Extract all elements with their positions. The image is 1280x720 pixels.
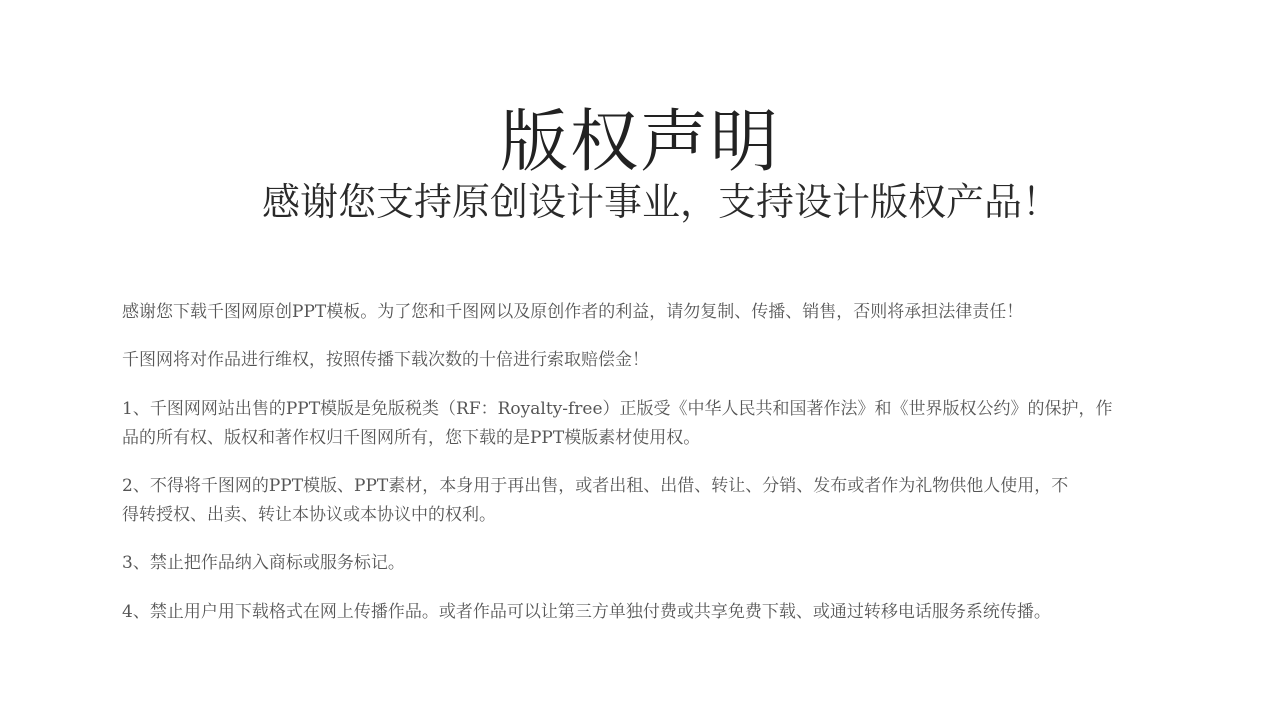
paragraph-clause-4: 4、禁止用户用下载格式在网上传播作品。或者作品可以让第三方单独付费或共享免费下载… [122,598,1152,627]
paragraph-clause-2: 2、不得将千图网的PPT模版、PPT素材，本身用于再出售，或者出租、出借、转让、… [122,472,1152,530]
paragraph-compensation: 千图网将对作品进行维权，按照传播下载次数的十倍进行索取赔偿金！ [122,346,1152,375]
paragraph-line: 品的所有权、版权和著作权归千图网所有，您下载的是PPT模版素材使用权。 [122,424,1152,453]
paragraph-line: 1、千图网网站出售的PPT模版是免版税类（RF：Royalty-free）正版受… [122,395,1152,424]
paragraph-line: 得转授权、出卖、转让本协议或本协议中的权利。 [122,501,1152,530]
paragraph-line: 2、不得将千图网的PPT模版、PPT素材，本身用于再出售，或者出租、出借、转让、… [122,472,1152,501]
slide: 版权声明 感谢您支持原创设计事业，支持设计版权产品！ 感谢您下载千图网原创PPT… [0,0,1280,720]
paragraph-line: 4、禁止用户用下载格式在网上传播作品。或者作品可以让第三方单独付费或共享免费下载… [122,598,1152,627]
paragraph-clause-1: 1、千图网网站出售的PPT模版是免版税类（RF：Royalty-free）正版受… [122,395,1152,453]
paragraph-line: 感谢您下载千图网原创PPT模板。为了您和千图网以及原创作者的利益，请勿复制、传播… [122,298,1152,327]
paragraph-line: 千图网将对作品进行维权，按照传播下载次数的十倍进行索取赔偿金！ [122,346,1152,375]
page-title: 版权声明 [0,98,1280,188]
paragraph-line: 3、禁止把作品纳入商标或服务标记。 [122,549,1152,578]
paragraph-clause-3: 3、禁止把作品纳入商标或服务标记。 [122,549,1152,578]
subtitle: 感谢您支持原创设计事业，支持设计版权产品！ [262,176,1162,228]
paragraph-intro: 感谢您下载千图网原创PPT模板。为了您和千图网以及原创作者的利益，请勿复制、传播… [122,298,1152,327]
